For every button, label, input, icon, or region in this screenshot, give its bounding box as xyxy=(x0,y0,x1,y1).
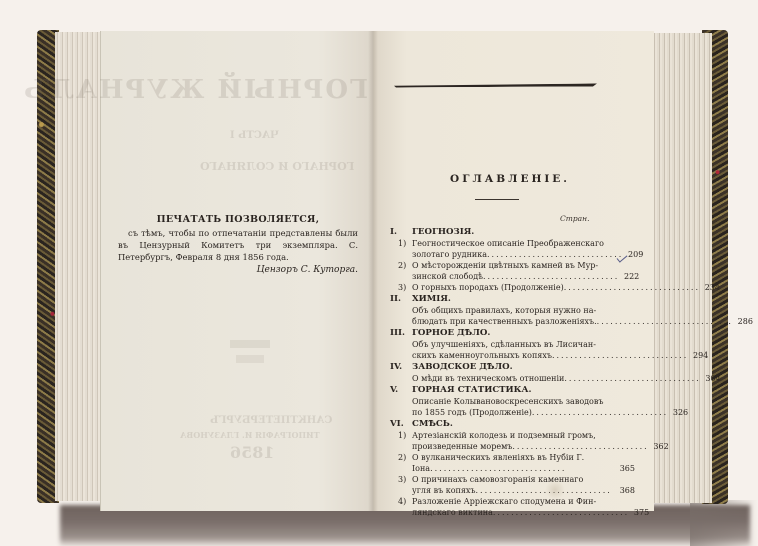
section-number: VI. xyxy=(390,419,412,430)
entry-text: блюдать при качественныхъ разложеніяхъ. xyxy=(412,316,597,327)
entry-text: произведенные моремъ xyxy=(412,441,512,452)
leader-dots: .............................. xyxy=(512,441,648,452)
entry-number: 1) xyxy=(398,430,412,452)
entry-text: Объ общихъ правилахъ, которыя нужно на- xyxy=(412,305,596,316)
bleed-through-year: 1856 xyxy=(230,443,275,462)
section-number: V. xyxy=(390,385,412,396)
paper-stain xyxy=(545,480,565,500)
leader-dots: .............................. xyxy=(483,271,619,282)
leader-dots: .............................. xyxy=(597,316,733,327)
bleed-through-line: ЧАСТЬ I xyxy=(230,130,279,141)
toc-section-heading: II.ХИМІЯ. xyxy=(390,294,635,305)
title-rule xyxy=(475,199,519,200)
censor-body: съ тѣмъ, чтобы по отпечатаніи представле… xyxy=(118,227,358,263)
bleed-through-line: САНКТПЕТЕРБУРГЪ xyxy=(210,415,332,426)
section-number: IV. xyxy=(390,362,412,373)
toc-entry: Объ общихъ правилахъ, которыя нужно на-б… xyxy=(390,305,635,327)
bleed-through-line: ТИПОГРАФІЯ И. ГЛАЗУНОВА xyxy=(180,430,320,440)
book-shadow-right xyxy=(690,500,758,546)
entry-text: по 1855 годъ (Продолженіе) xyxy=(412,407,532,418)
section-title: ГОРНАЯ СТАТИСТИКА. xyxy=(412,385,531,396)
entry-text: О горныхъ породахъ (Продолженіе) xyxy=(412,282,564,293)
entry-page-number: 326 xyxy=(668,407,688,418)
entry-number: 3) xyxy=(398,474,412,496)
entry-text: золотаго рудника xyxy=(412,249,487,260)
section-title: СМѢСЬ. xyxy=(412,419,453,430)
entry-text: Геогностическое описаніе Преображенскаго xyxy=(412,238,604,249)
leader-dots: .............................. xyxy=(564,373,700,384)
bleed-through-mark xyxy=(230,340,270,348)
toc-section: IV.ЗАВОДСКОЕ ДѢЛО.О мѣди въ техническомъ… xyxy=(390,362,635,384)
bleed-through-line: ГОРНАГО И СОЛЯНАГО xyxy=(200,160,354,173)
entry-number: 2) xyxy=(398,452,412,474)
entry-page-number: 294 xyxy=(688,350,708,361)
entry-text: О мѣди въ техническомъ отношеніи xyxy=(412,373,564,384)
leader-dots: .............................. xyxy=(552,350,688,361)
toc-section: VI.СМѢСЬ.1)Артезіанскій колодезь и подзе… xyxy=(390,419,635,518)
entry-number: 4) xyxy=(398,496,412,518)
toc-section: I.ГЕОГНОЗІЯ.1)Геогностическое описаніе П… xyxy=(390,227,635,293)
toc-title: ОГЛАВЛЕНІЕ. xyxy=(380,173,640,185)
entry-text: скихъ каменноугольныхъ копяхъ xyxy=(412,350,552,361)
leader-dots: .............................. xyxy=(493,507,629,518)
section-number: I. xyxy=(390,227,412,238)
entry-text: угля въ копяхъ xyxy=(412,485,476,496)
toc-entry: 2)О мѣсторожденіи цвѣтныхъ камней въ Мур… xyxy=(390,260,635,282)
entry-text: Разложеніе Арріежскаго сподумена и Фин- xyxy=(412,496,596,507)
section-number: III. xyxy=(390,328,412,339)
entry-page-number: 234 xyxy=(700,282,720,293)
leader-dots: .............................. xyxy=(430,463,615,474)
toc-section-heading: VI.СМѢСЬ. xyxy=(390,419,635,430)
toc-entry: 1)Геогностическое описаніе Преображенска… xyxy=(390,238,635,260)
toc-entry: 2)О вулканическихъ явленіяхъ въ Нубіи Г.… xyxy=(390,452,635,474)
entry-number: 1) xyxy=(398,238,412,260)
censor-heading: ПЕЧАТАТЬ ПОЗВОЛЯЕТСЯ, xyxy=(118,214,358,226)
toc-entry: 3)О горныхъ породахъ (Продолженіе) .....… xyxy=(390,282,635,293)
table-of-contents: I.ГЕОГНОЗІЯ.1)Геогностическое описаніе П… xyxy=(390,227,635,519)
entry-text: Артезіанскій колодезь и подземный громъ, xyxy=(412,430,596,441)
toc-section-heading: I.ГЕОГНОЗІЯ. xyxy=(390,227,635,238)
entry-text: О вулканическихъ явленіяхъ въ Нубіи Г. xyxy=(412,452,584,463)
section-title: ЗАВОДСКОЕ ДѢЛО. xyxy=(412,362,513,373)
entry-text: Описаніе Колывановоскресенскихъ заводовъ xyxy=(412,396,603,407)
toc-entry: Описаніе Колывановоскресенскихъ заводовъ… xyxy=(390,396,635,418)
entry-text: ляндскаго виктина xyxy=(412,507,493,518)
toc-section: V.ГОРНАЯ СТАТИСТИКА.Описаніе Колывановос… xyxy=(390,385,635,418)
entry-page-number: 286 xyxy=(733,316,753,327)
pages-column-label: Стран. xyxy=(560,214,589,223)
entry-number: 2) xyxy=(398,260,412,282)
entry-page-number: 222 xyxy=(619,271,639,282)
open-book-photo: ГОРНЫЙ ЖУРНАЛЪ ЧАСТЬ I ГОРНАГО И СОЛЯНАГ… xyxy=(0,0,758,546)
entry-text: Объ улучшеніяхъ, сдѣланныхъ въ Лисичан- xyxy=(412,339,596,350)
page-edges-right xyxy=(652,33,712,503)
entry-text: О мѣсторожденіи цвѣтныхъ камней въ Мур- xyxy=(412,260,598,271)
toc-entry: О мѣди въ техническомъ отношеніи .......… xyxy=(390,373,635,384)
entry-text: зинской слободѣ xyxy=(412,271,483,282)
censor-approval: ПЕЧАТАТЬ ПОЗВОЛЯЕТСЯ, съ тѣмъ, чтобы по … xyxy=(118,214,358,276)
toc-entry: 4)Разложеніе Арріежскаго сподумена и Фин… xyxy=(390,496,635,518)
section-title: ГОРНОЕ ДѢЛО. xyxy=(412,328,490,339)
entry-number: 3) xyxy=(398,282,412,293)
entry-page-number: 362 xyxy=(649,441,669,452)
section-title: ХИМІЯ. xyxy=(412,294,451,305)
toc-section-heading: V.ГОРНАЯ СТАТИСТИКА. xyxy=(390,385,635,396)
entry-page-number: 365 xyxy=(615,463,635,474)
entry-page-number: 368 xyxy=(615,485,635,496)
toc-section-heading: IV.ЗАВОДСКОЕ ДѢЛО. xyxy=(390,362,635,373)
section-number: II. xyxy=(390,294,412,305)
bleed-through-mark xyxy=(236,355,264,363)
censor-signature: Цензоръ С. Куторга. xyxy=(118,264,358,276)
toc-section: III.ГОРНОЕ ДѢЛО.Объ улучшеніяхъ, сдѣланн… xyxy=(390,328,635,361)
section-title: ГЕОГНОЗІЯ. xyxy=(412,227,474,238)
bleed-through-title: ГОРНЫЙ ЖУРНАЛЪ xyxy=(108,75,368,105)
toc-entry: 1)Артезіанскій колодезь и подземный гром… xyxy=(390,430,635,452)
toc-section: II.ХИМІЯ.Объ общихъ правилахъ, которыя н… xyxy=(390,294,635,327)
entry-page-number: 375 xyxy=(629,507,649,518)
toc-entry: Объ улучшеніяхъ, сдѣланныхъ въ Лисичан-с… xyxy=(390,339,635,361)
leader-dots: .............................. xyxy=(487,249,623,260)
leader-dots: .............................. xyxy=(564,282,700,293)
leader-dots: .............................. xyxy=(532,407,668,418)
toc-entry: 3)О причинахъ самовозгоранія каменнагоуг… xyxy=(390,474,635,496)
entry-page-number: 304 xyxy=(701,373,721,384)
book-gutter xyxy=(368,31,378,511)
entry-text: Іона xyxy=(412,463,430,474)
toc-section-heading: III.ГОРНОЕ ДѢЛО. xyxy=(390,328,635,339)
